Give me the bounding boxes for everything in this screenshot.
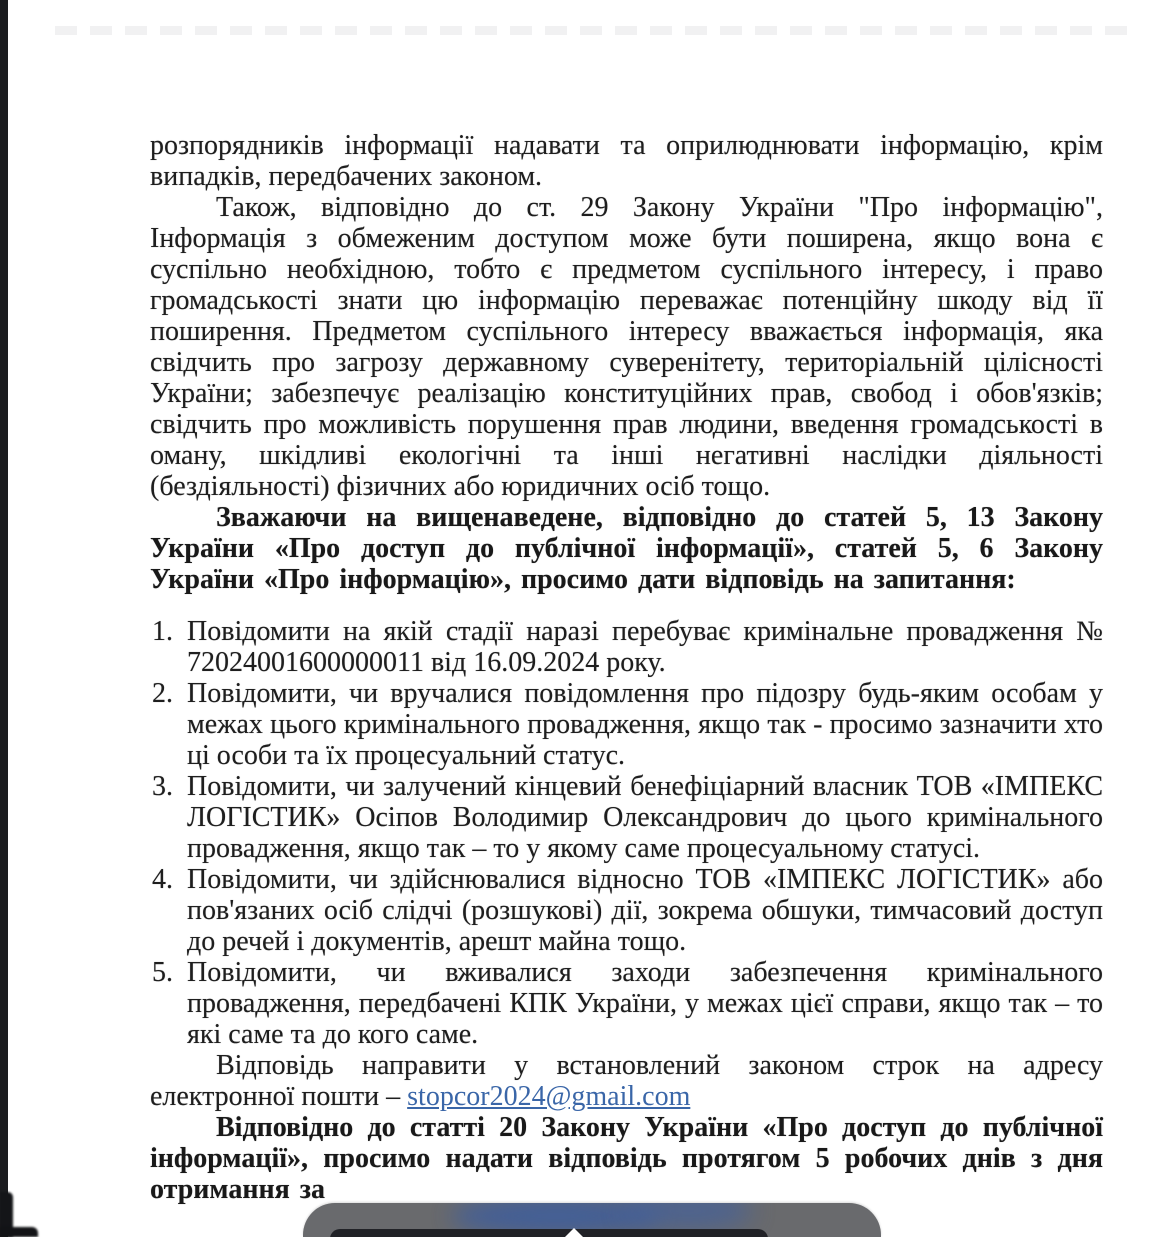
list-item-number: 2. [152,678,173,709]
paragraph-reply-address: Відповідь направити у встановлений закон… [150,1050,1103,1112]
list-item-text: Повідомити на якій стадії наразі перебув… [187,616,1103,678]
list-item: 5. Повідомити, чи вживалися заходи забез… [150,957,1103,1050]
list-item-number: 1. [152,616,173,647]
overlay-dark-panel[interactable] [330,1229,768,1237]
scan-corner-mark [0,1227,38,1237]
list-item-number: 5. [152,957,173,988]
list-item-number: 4. [152,864,173,895]
bottom-overlay-pill[interactable] [303,1203,881,1237]
paragraph-closing-deadline: Відповідно до статті 20 Закону України «… [150,1112,1103,1205]
list-item: 1. Повідомити на якій стадії наразі пере… [150,616,1103,678]
scan-edge-left [0,0,8,1237]
paragraph-law-29: Також, відповідно до ст. 29 Закону Украї… [150,192,1103,502]
chevron-up-icon [565,1228,583,1237]
email-link[interactable]: stopcor2024@gmail.com [407,1081,690,1112]
paragraph-continuation: розпорядників інформації надавати та опр… [150,130,1103,192]
request-list: 1. Повідомити на якій стадії наразі пере… [150,616,1103,1050]
scan-artifact-top-dashes [55,26,1140,35]
list-item: 3. Повідомити, чи залучений кінцевий бен… [150,771,1103,864]
list-item-text: Повідомити, чи вручалися повідомлення пр… [187,678,1103,771]
list-item-text: Повідомити, чи вживалися заходи забезпеч… [187,957,1103,1050]
list-item: 4. Повідомити, чи здійснювалися відносно… [150,864,1103,957]
list-item: 2. Повідомити, чи вручалися повідомлення… [150,678,1103,771]
list-item-number: 3. [152,771,173,802]
document-text-block: розпорядників інформації надавати та опр… [150,130,1103,1205]
paragraph-request-intro: Зважаючи на вищенаведене, відповідно до … [150,502,1103,595]
list-item-text: Повідомити, чи здійснювалися відносно ТО… [187,864,1103,957]
list-item-text: Повідомити, чи залучений кінцевий бенефі… [187,771,1103,864]
